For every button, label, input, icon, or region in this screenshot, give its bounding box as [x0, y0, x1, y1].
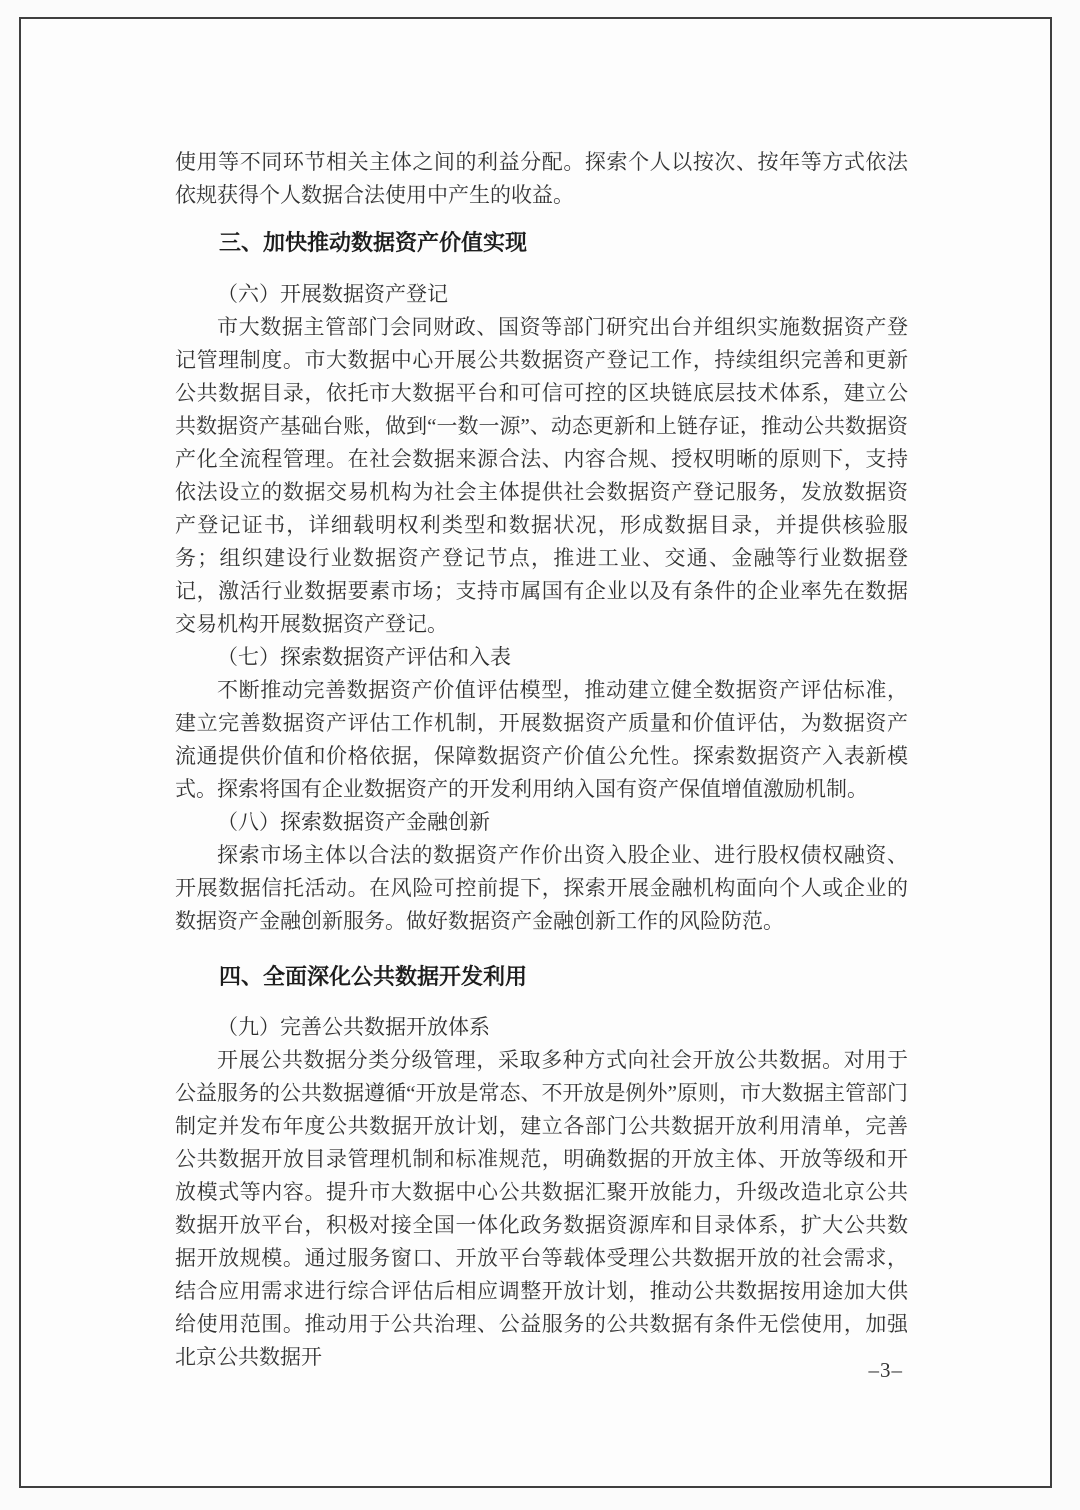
document-body: 使用等不同环节相关主体之间的利益分配。探索个人以按次、按年等方式依法依规获得个人…: [175, 146, 908, 1374]
body-paragraph: 不断推动完善数据资产价值评估模型，推动建立健全数据资产评估标准，建立完善数据资产…: [175, 674, 908, 806]
subsection-heading-6: （六）开展数据资产登记: [175, 278, 908, 311]
page-number: –3–: [869, 1354, 904, 1387]
paragraph-continuation: 使用等不同环节相关主体之间的利益分配。探索个人以按次、按年等方式依法依规获得个人…: [175, 146, 908, 212]
body-paragraph: 探索市场主体以合法的数据资产作价出资入股企业、进行股权债权融资、开展数据信托活动…: [175, 839, 908, 938]
body-paragraph: 开展公共数据分类分级管理，采取多种方式向社会开放公共数据。对用于公益服务的公共数…: [175, 1044, 908, 1374]
subsection-heading-8: （八）探索数据资产金融创新: [175, 806, 908, 839]
body-paragraph: 市大数据主管部门会同财政、国资等部门研究出台并组织实施数据资产登记管理制度。市大…: [175, 311, 908, 641]
subsection-heading-9: （九）完善公共数据开放体系: [175, 1011, 908, 1044]
subsection-heading-7: （七）探索数据资产评估和入表: [175, 641, 908, 674]
section-heading-3: 三、加快推动数据资产价值实现: [175, 226, 908, 259]
document-page: { "page": { "background_color": "#fbfbfb…: [0, 0, 1080, 1510]
section-heading-4: 四、全面深化公共数据开发利用: [175, 960, 908, 993]
